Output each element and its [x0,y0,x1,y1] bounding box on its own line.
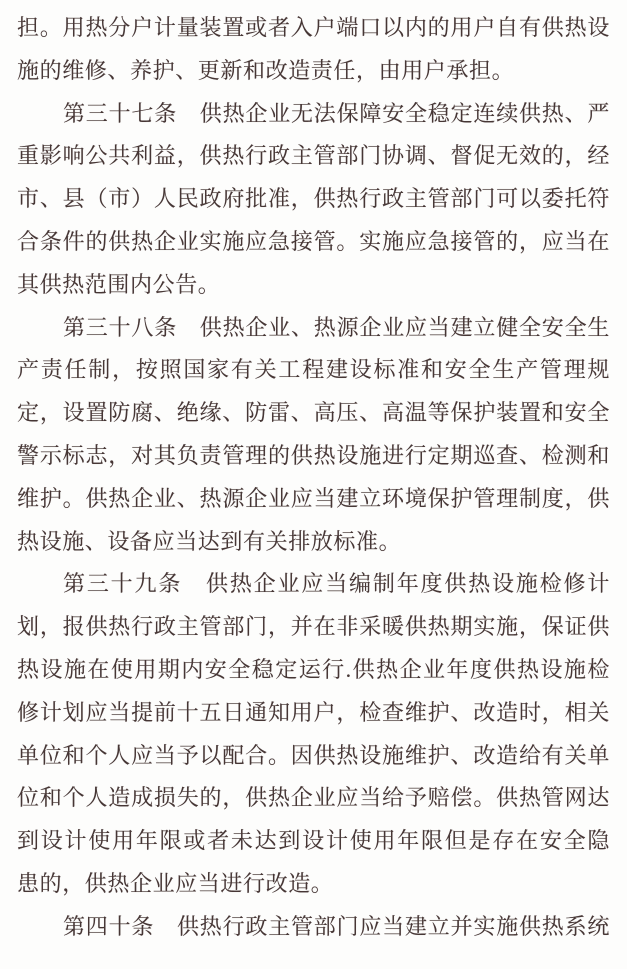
text-line: 单位和个人应当予以配合。因供热设施维护、改造给有关单 [17,735,610,778]
text-line: 合条件的供热企业实施应急接管。实施应急接管的，应当在 [17,221,610,264]
text-line: 第三十八条 供热企业、热源企业应当建立健全安全生 [17,307,610,350]
text-line: 警示标志，对其负责管理的供热设施进行定期巡查、检测和 [17,435,610,478]
text-line: 市、县（市）人民政府批准，供热行政主管部门可以委托符 [17,178,610,221]
text-line: 重影响公共利益，供热行政主管部门协调、督促无效的，经 [17,135,610,178]
text-line: 第三十九条 供热企业应当编制年度供热设施检修计 [17,563,610,606]
text-line: 维护。供热企业、热源企业应当建立环境保护管理制度，供 [17,478,610,521]
text-line: 位和个人造成损失的，供热企业应当给予赔偿。供热管网达 [17,777,610,820]
text-line: 热设施在使用期内安全稳定运行.供热企业年度供热设施检 [17,649,610,692]
text-line: 其供热范围内公告。 [17,264,610,307]
text-line: 修计划应当提前十五日通知用户，检查维护、改造时，相关 [17,692,610,735]
text-line: 施的维修、养护、更新和改造责任，由用户承担。 [17,50,610,93]
document-text: 担。用热分户计量装置或者入户端口以内的用户自有供热设施的维修、养护、更新和改造责… [17,7,610,949]
text-line: 产责任制，按照国家有关工程建设标准和安全生产管理规 [17,349,610,392]
text-line: 热设施、设备应当达到有关排放标准。 [17,521,610,564]
text-line: 定，设置防腐、绝缘、防雷、高压、高温等保护装置和安全 [17,392,610,435]
document-page: 担。用热分户计量装置或者入户端口以内的用户自有供热设施的维修、养护、更新和改造责… [0,0,627,969]
text-line: 第三十七条 供热企业无法保障安全稳定连续供热、严 [17,93,610,136]
text-line: 第四十条 供热行政主管部门应当建立并实施供热系统 [17,906,610,949]
text-line: 患的，供热企业应当进行改造。 [17,863,610,906]
text-line: 到设计使用年限或者未达到设计使用年限但是存在安全隐 [17,820,610,863]
text-line: 划，报供热行政主管部门，并在非采暖供热期实施，保证供 [17,606,610,649]
text-line: 担。用热分户计量装置或者入户端口以内的用户自有供热设 [17,7,610,50]
